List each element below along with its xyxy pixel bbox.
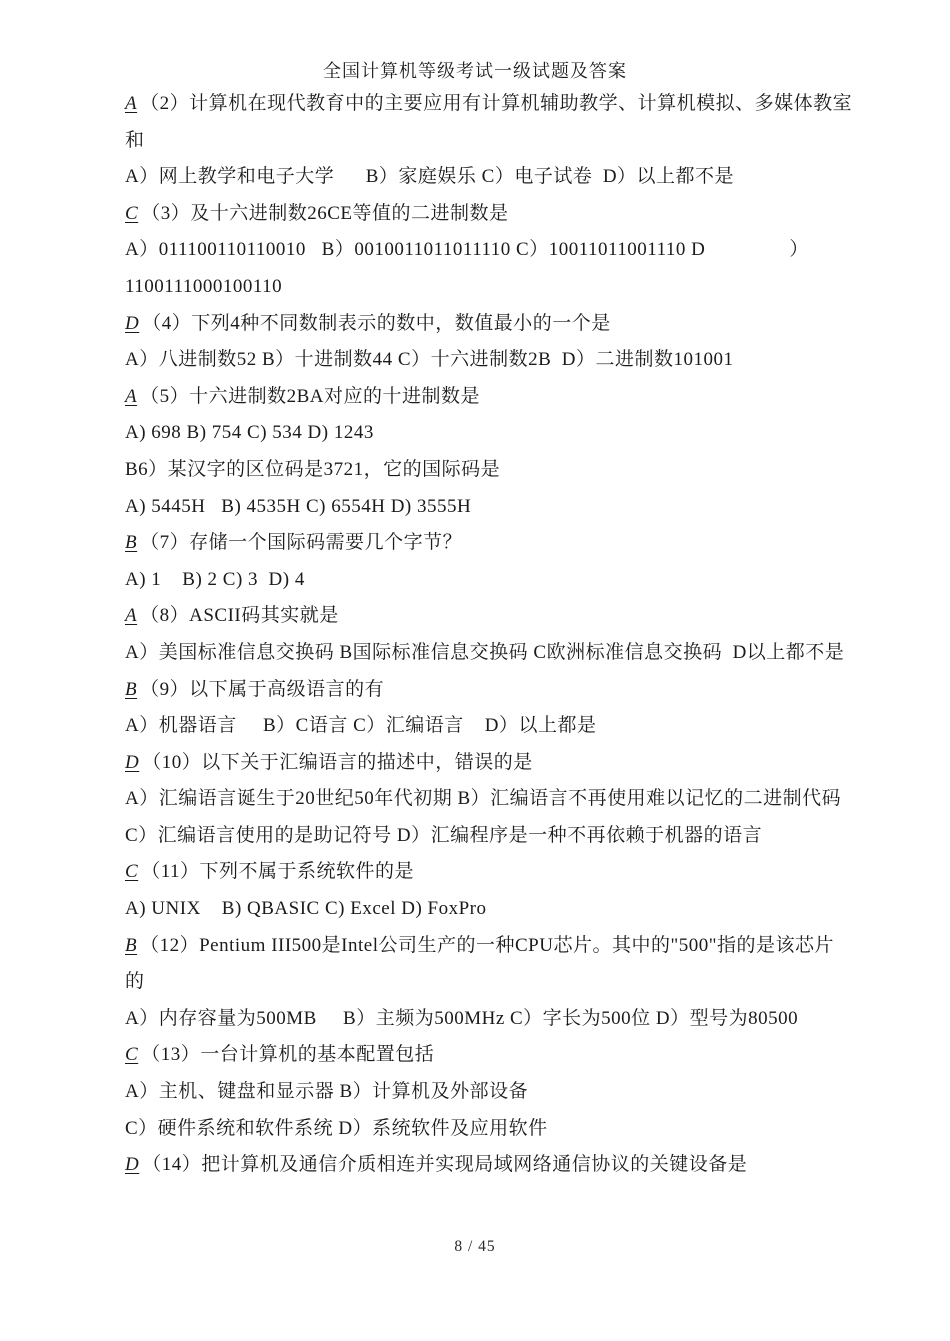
line-text: A）机器语言 B）C语言 C）汇编语言 D）以上都是 [125, 715, 596, 736]
line-text: （7）存储一个国际码需要几个字节？ [140, 532, 462, 553]
line-text: （3）及十六进制数26CE等值的二进制数是 [141, 203, 508, 224]
exam-line: D（4）下列4种不同数制表示的数中，数值最小的一个是 [125, 306, 840, 343]
answer-letter: A [125, 605, 137, 626]
line-text: A) UNIX B) QBASIC C) Excel D) FoxPro [125, 898, 486, 919]
exam-line: A（2）计算机在现代教育中的主要应用有计算机辅助教学、计算机模拟、多媒体教室 [125, 86, 840, 123]
line-text: A）美国标准信息交换码 B国际标准信息交换码 C欧洲标准信息交换码 D以上都不是 [125, 642, 844, 663]
answer-letter: B [125, 935, 137, 956]
exam-line: A）机器语言 B）C语言 C）汇编语言 D）以上都是 [125, 708, 840, 745]
line-text: C）汇编语言使用的是助记符号 D）汇编程序是一种不再依赖于机器的语言 [125, 825, 762, 846]
page-title: 全国计算机等级考试一级试题及答案 [0, 0, 950, 58]
exam-line: C（13）一台计算机的基本配置包括 [125, 1037, 840, 1074]
line-text: A) 5445H B) 4535H C) 6554H D) 3555H [125, 496, 471, 517]
line-text: （5）十六进制数2BA对应的十进制数是 [140, 386, 480, 407]
exam-line: A) 5445H B) 4535H C) 6554H D) 3555H [125, 489, 840, 526]
page-number-separator: / [463, 1238, 478, 1255]
line-text: A) 1 B) 2 C) 3 D) 4 [125, 569, 305, 590]
line-text: （14）把计算机及通信介质相连并实现局域网络通信协议的关键设备是 [142, 1154, 747, 1175]
line-text: A）网上教学和电子大学 B）家庭娱乐 C）电子试卷 D）以上都不是 [125, 166, 734, 187]
exam-body: A（2）计算机在现代教育中的主要应用有计算机辅助教学、计算机模拟、多媒体教室和A… [125, 86, 840, 1184]
line-text: （2）计算机在现代教育中的主要应用有计算机辅助教学、计算机模拟、多媒体教室 [140, 93, 852, 114]
line-text: A）八进制数52 B）十进制数44 C）十六进制数2B D）二进制数101001 [125, 349, 733, 370]
exam-line: A（5）十六进制数2BA对应的十进制数是 [125, 379, 840, 416]
line-text: （10）以下关于汇编语言的描述中，错误的是 [142, 752, 533, 773]
exam-line: 和 [125, 123, 840, 160]
line-text: 1100111000100110 [125, 276, 282, 297]
line-text: （4）下列4种不同数制表示的数中，数值最小的一个是 [142, 313, 611, 334]
line-text: （8）ASCII码其实就是 [140, 605, 339, 626]
line-text: （13）一台计算机的基本配置包括 [141, 1044, 434, 1065]
line-text: （11）下列不属于系统软件的是 [141, 861, 414, 882]
exam-line: A) 1 B) 2 C) 3 D) 4 [125, 562, 840, 599]
line-text: 和 [125, 130, 145, 151]
answer-letter: A [125, 93, 137, 114]
answer-letter: B [125, 679, 137, 700]
page-footer: 8 / 45 [0, 1238, 950, 1256]
line-text: C）硬件系统和软件系统 D）系统软件及应用软件 [125, 1118, 548, 1139]
page-number-current: 8 [454, 1238, 463, 1255]
line-text: A）011100110110010 B）0010011011011110 C）1… [125, 239, 809, 260]
exam-line: C（11）下列不属于系统软件的是 [125, 854, 840, 891]
line-text: （9）以下属于高级语言的有 [140, 679, 384, 700]
answer-letter: D [125, 1154, 139, 1175]
line-text: A) 698 B) 754 C) 534 D) 1243 [125, 422, 374, 443]
exam-line: A）网上教学和电子大学 B）家庭娱乐 C）电子试卷 D）以上都不是 [125, 159, 840, 196]
answer-letter: A [125, 386, 137, 407]
exam-line: A）011100110110010 B）0010011011011110 C）1… [125, 232, 840, 269]
exam-line: B（12）Pentium III500是Intel公司生产的一种CPU芯片。其中… [125, 928, 840, 965]
exam-line: 的 [125, 964, 840, 1001]
exam-line: A) UNIX B) QBASIC C) Excel D) FoxPro [125, 891, 840, 928]
exam-line: A) 698 B) 754 C) 534 D) 1243 [125, 415, 840, 452]
exam-line: A）美国标准信息交换码 B国际标准信息交换码 C欧洲标准信息交换码 D以上都不是 [125, 635, 840, 672]
exam-line: A（8）ASCII码其实就是 [125, 598, 840, 635]
exam-line: C）汇编语言使用的是助记符号 D）汇编程序是一种不再依赖于机器的语言 [125, 818, 840, 855]
exam-line: B6）某汉字的区位码是3721，它的国际码是 [125, 452, 840, 489]
exam-line: C）硬件系统和软件系统 D）系统软件及应用软件 [125, 1111, 840, 1148]
line-text: 的 [125, 971, 145, 992]
exam-line: D（14）把计算机及通信介质相连并实现局域网络通信协议的关键设备是 [125, 1147, 840, 1184]
answer-letter: D [125, 313, 139, 334]
line-text: A）汇编语言诞生于20世纪50年代初期 B）汇编语言不再使用难以记忆的二进制代码 [125, 788, 841, 809]
answer-letter: C [125, 861, 138, 882]
exam-line: D（10）以下关于汇编语言的描述中，错误的是 [125, 745, 840, 782]
exam-line: B（9）以下属于高级语言的有 [125, 672, 840, 709]
answer-letter: C [125, 1044, 138, 1065]
answer-letter: C [125, 203, 138, 224]
exam-line: C（3）及十六进制数26CE等值的二进制数是 [125, 196, 840, 233]
page-number-total: 45 [478, 1238, 496, 1255]
exam-line: A）八进制数52 B）十进制数44 C）十六进制数2B D）二进制数101001 [125, 342, 840, 379]
answer-letter: B [125, 532, 137, 553]
line-text: A）主机、键盘和显示器 B）计算机及外部设备 [125, 1081, 528, 1102]
exam-line: A）内存容量为500MB B）主频为500MHz C）字长为500位 D）型号为… [125, 1001, 840, 1038]
exam-line: A）汇编语言诞生于20世纪50年代初期 B）汇编语言不再使用难以记忆的二进制代码 [125, 781, 840, 818]
document-page: 全国计算机等级考试一级试题及答案 A（2）计算机在现代教育中的主要应用有计算机辅… [0, 0, 950, 1341]
exam-line: B（7）存储一个国际码需要几个字节？ [125, 525, 840, 562]
exam-line: 1100111000100110 [125, 269, 840, 306]
line-text: （12）Pentium III500是Intel公司生产的一种CPU芯片。其中的… [140, 935, 834, 956]
line-text: B6）某汉字的区位码是3721，它的国际码是 [125, 459, 500, 480]
line-text: A）内存容量为500MB B）主频为500MHz C）字长为500位 D）型号为… [125, 1008, 798, 1029]
answer-letter: D [125, 752, 139, 773]
exam-line: A）主机、键盘和显示器 B）计算机及外部设备 [125, 1074, 840, 1111]
